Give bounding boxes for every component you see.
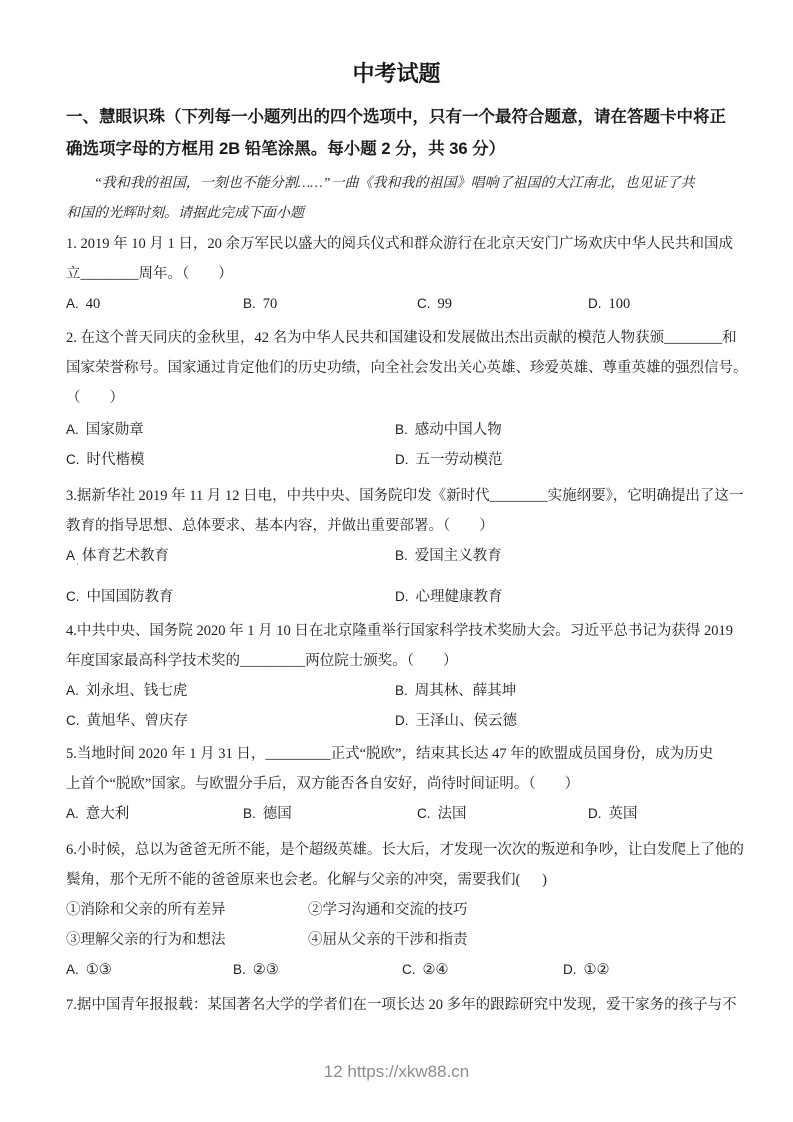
question-6-subitems-row-2: ③理解父亲的行为和想法 ④屈从父亲的干涉和指责 xyxy=(66,925,766,955)
question-2-options-row-2: C.时代楷模 D.五一劳动模范 xyxy=(66,445,766,475)
option-label: B. xyxy=(395,422,408,437)
question-4-option-c: C.黄旭华、曾庆存 xyxy=(66,706,188,736)
question-6-subitem-3: ③理解父亲的行为和想法 xyxy=(66,925,226,955)
option-text: ②④ xyxy=(423,962,449,978)
question-3-options-row-2: C.中国国防教育 D.心理健康教育 xyxy=(66,582,766,612)
question-1-option-d: D.100 xyxy=(588,289,630,319)
question-5-line-2: 上首个“脱欧”国家。与欧盟分手后，双方能否各自安好，尚待时间证明。（ ） xyxy=(66,769,766,799)
scan-artifact-mark: · xyxy=(76,558,86,570)
question-4-options-row-1: A.刘永坦、钱七虎 B.周其林、薛其坤 xyxy=(66,676,766,706)
option-label: D. xyxy=(395,452,409,467)
option-label: B. xyxy=(243,296,256,311)
question-3-option-d: D.心理健康教育 xyxy=(395,582,503,612)
option-text: 中国国防教育 xyxy=(87,589,174,605)
question-1-line-2: 立________周年。（ ） xyxy=(66,259,766,289)
option-text: 法国 xyxy=(438,806,467,822)
option-text: ②③ xyxy=(253,962,279,978)
option-text: 意大利 xyxy=(86,806,130,822)
option-label: D. xyxy=(563,962,577,977)
option-text: 德国 xyxy=(263,806,292,822)
question-3-line-1: 3.据新华社 2019 年 11 月 12 日电，中共中央、国务院印发《新时代_… xyxy=(66,481,766,511)
option-text: 英国 xyxy=(609,806,638,822)
intro-line-2: 和国的光辉时刻。请据此完成下面小题 xyxy=(66,199,746,229)
question-5-option-b: B.德国 xyxy=(243,799,292,829)
option-text: 时代楷模 xyxy=(87,452,145,468)
option-label: A. xyxy=(66,962,79,977)
question-1-option-b: B.70 xyxy=(243,289,277,319)
option-label: C. xyxy=(417,806,431,821)
question-5-option-a: A.意大利 xyxy=(66,799,129,829)
option-text: 周其林、薛其坤 xyxy=(415,683,517,699)
option-label: D. xyxy=(588,296,602,311)
question-2-line-3: （ ） xyxy=(66,383,766,413)
option-label: C. xyxy=(66,589,80,604)
question-4-line-2: 年度国家最高科学技术奖的_________两位院士颁奖。（ ） xyxy=(66,646,766,676)
option-text: 爱国主义教育 xyxy=(415,548,502,564)
section-heading-line-2: 确选项字母的方框用 2B 铅笔涂黑。每小题 2 分，共 36 分） xyxy=(66,133,766,165)
option-label: A. xyxy=(66,806,79,821)
option-label: B. xyxy=(233,962,246,977)
option-text: 体育艺术教育 xyxy=(82,548,169,564)
option-text: 99 xyxy=(438,296,453,312)
option-text: 心理健康教育 xyxy=(416,589,503,605)
question-4-option-a: A.刘永坦、钱七虎 xyxy=(66,676,187,706)
question-5-option-c: C.法国 xyxy=(417,799,467,829)
question-6-option-c: C.②④ xyxy=(402,955,449,985)
option-label: B. xyxy=(395,548,408,563)
option-label: D. xyxy=(588,806,602,821)
question-4-line-1: 4.中共中央、国务院 2020 年 1 月 10 日在北京隆重举行国家科学技术奖… xyxy=(66,616,766,646)
question-6-option-b: B.②③ xyxy=(233,955,279,985)
question-4-options-row-2: C.黄旭华、曾庆存 D.王泽山、侯云德 xyxy=(66,706,766,736)
option-text: ①② xyxy=(584,962,610,978)
option-label: C. xyxy=(66,452,80,467)
option-label: C. xyxy=(402,962,416,977)
question-1-option-a: A.40 xyxy=(66,289,100,319)
question-3-option-b: B.爱国主义教育 xyxy=(395,541,502,571)
question-1-options: A.40 B.70 C.99 D.100 xyxy=(66,289,766,319)
question-2-option-b: B.感动中国人物 xyxy=(395,415,502,445)
question-7-line-1: 7.据中国青年报报载：某国著名大学的学者们在一项长达 20 多年的跟踪研究中发现… xyxy=(66,990,766,1020)
option-text: 国家勋章 xyxy=(86,422,144,438)
option-text: 王泽山、侯云德 xyxy=(416,713,518,729)
exam-document-page: 中考试题 一、慧眼识珠（下列每一小题列出的四个选项中，只有一个最符合题意，请在答… xyxy=(0,0,793,1122)
option-label: A. xyxy=(66,683,79,698)
question-2-options-row-1: A.国家勋章 B.感动中国人物 xyxy=(66,415,766,445)
option-label: D. xyxy=(395,589,409,604)
question-3-line-2: 教育的指导思想、总体要求、基本内容，并做出重要部署。（ ） xyxy=(66,511,766,541)
question-2-line-1: 2. 在这个普天同庆的金秋里，42 名为中华人民共和国建设和发展做出杰出贡献的模… xyxy=(66,323,766,353)
question-1-option-c: C.99 xyxy=(417,289,452,319)
page-footer-url: 12 https://xkw88.cn xyxy=(0,1060,793,1084)
question-6-subitems-row-1: ①消除和父亲的所有差异 ②学习沟通和交流的技巧 xyxy=(66,895,766,925)
question-6-line-2: 鬓角，那个无所不能的爸爸原来也会老。化解与父亲的冲突，需要我们( ) xyxy=(66,865,766,895)
option-text: 70 xyxy=(263,296,278,312)
option-label: C. xyxy=(66,713,80,728)
question-2-option-c: C.时代楷模 xyxy=(66,445,145,475)
question-4-option-d: D.王泽山、侯云德 xyxy=(395,706,517,736)
option-label: B. xyxy=(395,683,408,698)
question-6-option-d: D.①② xyxy=(563,955,610,985)
question-2-option-d: D.五一劳动模范 xyxy=(395,445,503,475)
question-6-subitem-2: ②学习沟通和交流的技巧 xyxy=(308,895,468,925)
question-3-option-c: C.中国国防教育 xyxy=(66,582,174,612)
question-6-option-a: A.①③ xyxy=(66,955,112,985)
option-label: D. xyxy=(395,713,409,728)
page-title: 中考试题 xyxy=(0,57,793,91)
option-text: 五一劳动模范 xyxy=(416,452,503,468)
option-text: 100 xyxy=(609,296,631,312)
option-text: 刘永坦、钱七虎 xyxy=(86,683,188,699)
question-2-line-2: 国家荣誉称号。国家通过肯定他们的历史功绩，向全社会发出关心英雄、珍爱英雄、尊重英… xyxy=(66,353,766,383)
option-label: C. xyxy=(417,296,431,311)
question-6-subitem-4: ④屈从父亲的干涉和指责 xyxy=(308,925,468,955)
option-label: B. xyxy=(243,806,256,821)
option-label: A. xyxy=(66,296,79,311)
intro-line-1: “我和我的祖国，一刻也不能分割……”一曲《我和我的祖国》唱响了祖国的大江南北，也… xyxy=(66,169,746,199)
option-text: 黄旭华、曾庆存 xyxy=(87,713,189,729)
question-4-option-b: B.周其林、薛其坤 xyxy=(395,676,516,706)
question-6-subitem-1: ①消除和父亲的所有差异 xyxy=(66,895,226,925)
option-label: A. xyxy=(66,422,79,437)
question-3-options-row-1: A体育艺术教育 B.爱国主义教育 xyxy=(66,541,766,571)
question-6-options: A.①③ B.②③ C.②④ D.①② xyxy=(66,955,766,985)
question-5-option-d: D.英国 xyxy=(588,799,638,829)
question-5-options: A.意大利 B.德国 C.法国 D.英国 xyxy=(66,799,766,829)
option-text: ①③ xyxy=(86,962,112,978)
option-text: 40 xyxy=(86,296,101,312)
section-heading-line-1: 一、慧眼识珠（下列每一小题列出的四个选项中，只有一个最符合题意，请在答题卡中将正 xyxy=(66,101,766,133)
question-6-line-1: 6.小时候，总以为爸爸无所不能，是个超级英雄。长大后，才发现一次次的叛逆和争吵，… xyxy=(66,835,766,865)
question-5-line-1: 5.当地时间 2020 年 1 月 31 日，_________正式“脱欧”，结… xyxy=(66,739,766,769)
option-label: A xyxy=(66,548,75,563)
option-text: 感动中国人物 xyxy=(415,422,502,438)
question-1-line-1: 1. 2019 年 10 月 1 日，20 余万军民以盛大的阅兵仪式和群众游行在… xyxy=(66,229,766,259)
question-2-option-a: A.国家勋章 xyxy=(66,415,144,445)
